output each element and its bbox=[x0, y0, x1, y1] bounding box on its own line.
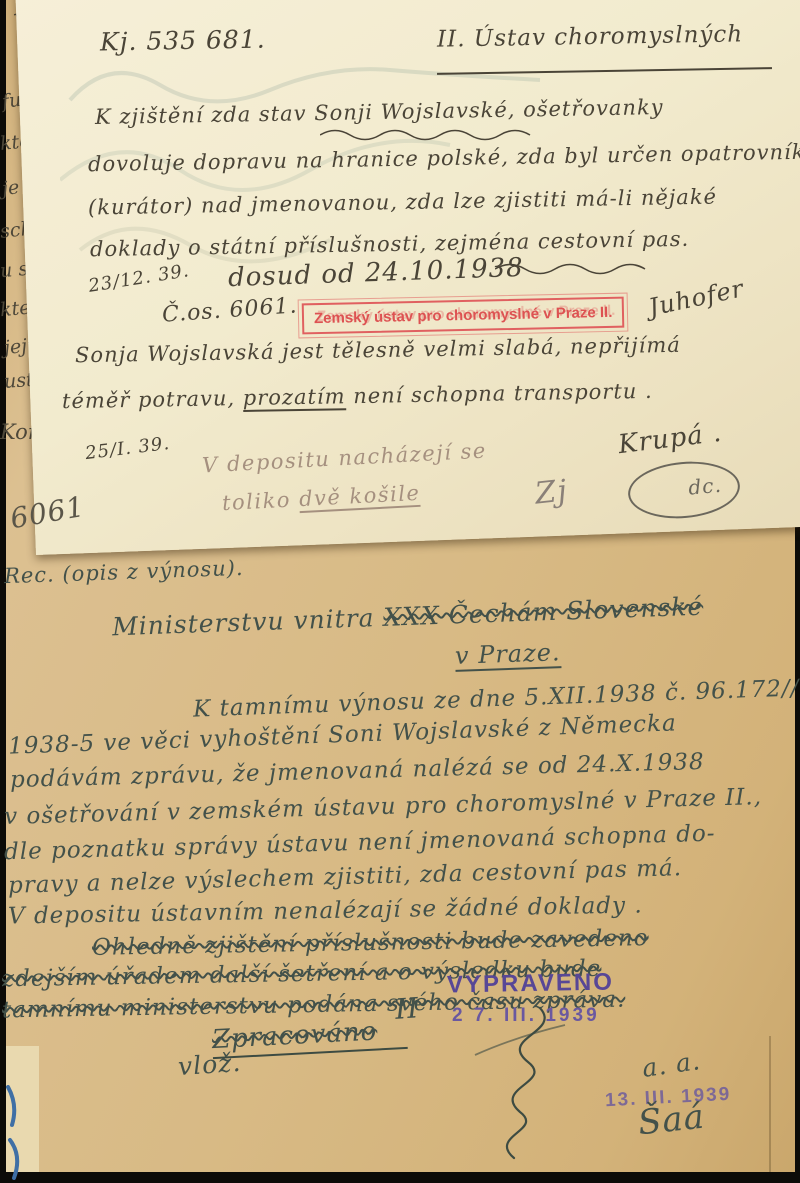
wavy-underline bbox=[320, 128, 560, 142]
initials: dc. bbox=[687, 473, 722, 500]
paper-crease bbox=[769, 1036, 771, 1172]
text-segment: toliko bbox=[222, 487, 300, 515]
signature-saa: Šaá bbox=[636, 1097, 707, 1144]
dispatched-stamp: VYPRAVENO bbox=[447, 969, 614, 1000]
signature-flourish bbox=[455, 1000, 585, 1170]
underlined-word: prozatím bbox=[243, 384, 346, 412]
blue-pen-marks bbox=[0, 1085, 30, 1180]
scanned-document: W. fu kter je U schop u seb které jejím … bbox=[0, 0, 800, 1183]
department-heading: II. Ústav choromyslných bbox=[437, 21, 744, 52]
pencil-initial: Zj bbox=[533, 473, 570, 511]
file-instruction: vlož. bbox=[177, 1048, 242, 1081]
reference-number: Kj. 535 681. bbox=[100, 25, 266, 57]
addressee-city: v Praze. bbox=[455, 638, 562, 672]
text-segment: téměř potravu, bbox=[62, 386, 243, 413]
